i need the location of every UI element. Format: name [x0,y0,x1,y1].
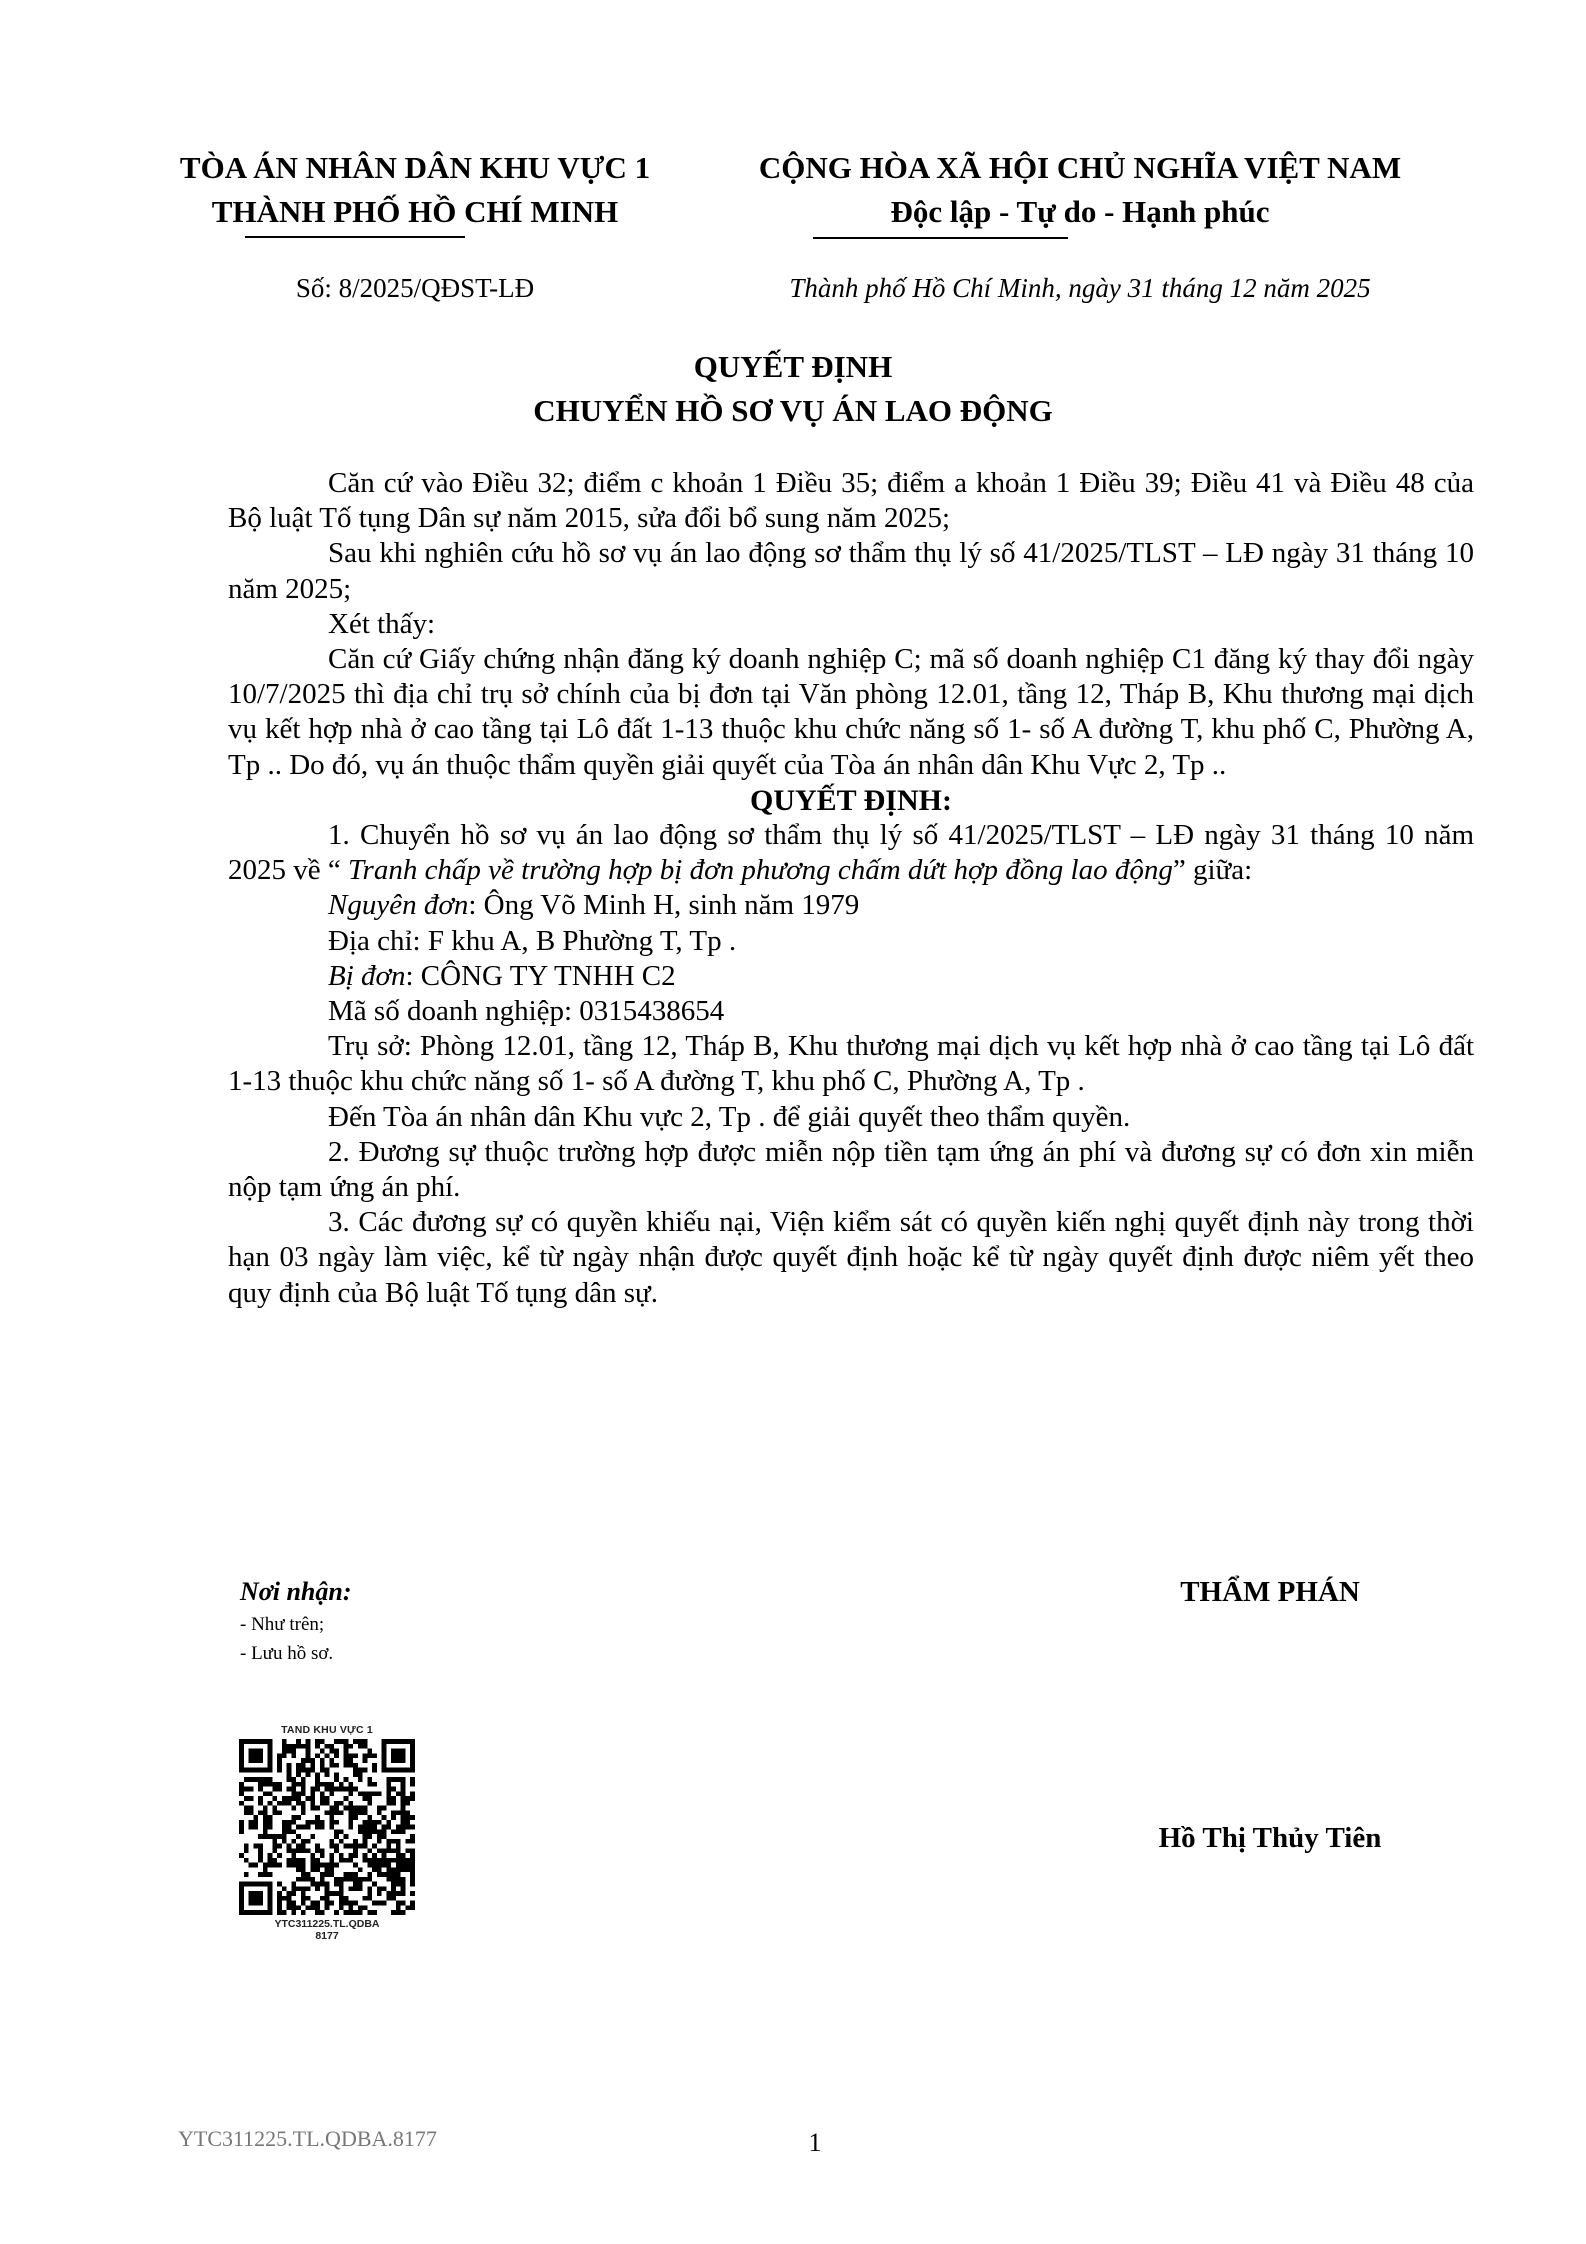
signer-name: Hồ Thị Thủy Tiên [1060,1818,1480,1858]
court-city: THÀNH PHỐ HỒ CHÍ MINH [90,190,740,234]
recipient-item: - Lưu hồ sơ. [240,1639,352,1668]
decision-item-3: 3. Các đương sự có quyền khiếu nại, Viện… [228,1205,1474,1311]
defendant-label: Bị đơn [328,960,406,992]
document-body: Căn cứ vào Điều 32; điểm c khoản 1 Điều … [228,466,1474,1311]
qr-code-block: TAND KHU VỰC 1 YTC311225.TL.QDBA 8177 [232,1724,422,1942]
court-name-underline [245,236,465,238]
court-name: TÒA ÁN NHÂN DÂN KHU VỰC 1 [90,146,740,190]
plaintiff-value: : Ông Võ Minh H, sinh năm 1979 [468,889,859,921]
qr-top-label: TAND KHU VỰC 1 [232,1724,422,1736]
decision-item-2: 2. Đương sự thuộc trường hợp được miễn n… [228,1135,1474,1205]
dispute-description: Tranh chấp về trường hợp bị đơn phương c… [348,854,1173,886]
legal-basis-2: Sau khi nghiên cứu hồ sơ vụ án lao động … [228,536,1474,606]
national-motto-underline [813,237,1068,239]
national-motto: Độc lập - Tự do - Hạnh phúc [700,190,1460,234]
plaintiff-label: Nguyên đơn [328,889,468,921]
court-name-block: TÒA ÁN NHÂN DÂN KHU VỰC 1 THÀNH PHỐ HỒ C… [90,146,740,234]
national-header-block: CỘNG HÒA XÃ HỘI CHỦ NGHĨA VIỆT NAM Độc l… [700,146,1460,234]
document-number: Số: 8/2025/QĐST-LĐ [90,270,740,306]
footer-document-code: YTC311225.TL.QDBA.8177 [178,2126,437,2152]
recipient-item: - Như trên; [240,1610,352,1639]
document-title: QUYẾT ĐỊNH CHUYỂN HỒ SƠ VỤ ÁN LAO ĐỘNG [0,345,1586,433]
recipients-block: Nơi nhận: - Như trên; - Lưu hồ sơ. [240,1574,352,1668]
defendant-line: Bị đơn: CÔNG TY TNHH C2 [228,959,1474,994]
decision-heading: QUYẾT ĐỊNH: [228,783,1474,818]
defendant-value: : CÔNG TY TNHH C2 [406,960,676,992]
qr-code-icon [239,1739,415,1915]
recipients-label: Nơi nhận: [240,1574,352,1610]
transfer-destination: Đến Tòa án nhân dân Khu vực 2, Tp . để g… [228,1100,1474,1135]
qr-bottom-label-2: 8177 [232,1930,422,1942]
considering-label: Xét thấy: [228,607,1474,642]
national-title: CỘNG HÒA XÃ HỘI CHỦ NGHĨA VIỆT NAM [700,146,1460,190]
signer-title: THẨM PHÁN [1060,1572,1480,1612]
reasoning-paragraph: Căn cứ Giấy chứng nhận đăng ký doanh ngh… [228,642,1474,783]
title-line-1: QUYẾT ĐỊNH [0,345,1586,389]
page-number: 1 [800,2128,830,2158]
business-code: Mã số doanh nghiệp: 0315438654 [228,994,1474,1029]
decision-item-1: 1. Chuyển hồ sơ vụ án lao động sơ thẩm t… [228,818,1474,888]
plaintiff-address: Địa chỉ: F khu A, B Phường T, Tp . [228,924,1474,959]
defendant-headquarters: Trụ sở: Phòng 12.01, tầng 12, Tháp B, Kh… [228,1029,1474,1099]
title-line-2: CHUYỂN HỒ SƠ VỤ ÁN LAO ĐỘNG [0,389,1586,433]
qr-bottom-label-1: YTC311225.TL.QDBA [232,1918,422,1930]
legal-basis-1: Căn cứ vào Điều 32; điểm c khoản 1 Điều … [228,466,1474,536]
item-1-suffix: ” giữa: [1173,854,1252,886]
place-date: Thành phố Hồ Chí Minh, ngày 31 tháng 12 … [700,270,1460,306]
plaintiff-line: Nguyên đơn: Ông Võ Minh H, sinh năm 1979 [228,888,1474,923]
